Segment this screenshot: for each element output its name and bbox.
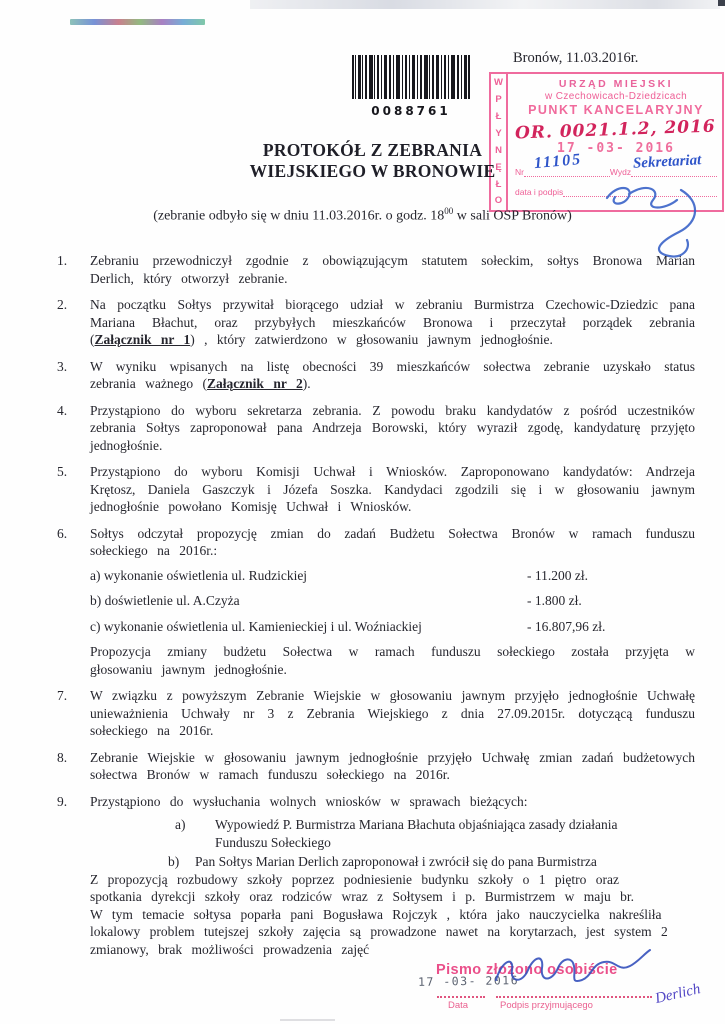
- item-number: 1.: [57, 252, 90, 287]
- budget-row-label: a) wykonanie oświetlenia ul. Rudzickiej: [90, 567, 527, 585]
- list-item-4: 4. Przystąpiono do wyboru sekretarza zeb…: [57, 402, 695, 455]
- item-text: W wyniku wpisanych na listę obecności 39…: [90, 358, 695, 393]
- budget-row-amount: - 16.807,96 zł.: [527, 618, 695, 636]
- item-text: Zebranie Wiejskie w głosowaniu jawnym je…: [90, 749, 695, 784]
- budget-row-a: a) wykonanie oświetlenia ul. Rudzickiej …: [90, 567, 695, 585]
- budget-row-c: c) wykonanie oświetlenia ul. Kamieniecki…: [90, 618, 695, 636]
- budget-rows: a) wykonanie oświetlenia ul. Rudzickiej …: [90, 567, 695, 636]
- item-text: Przystąpiono do wyboru sekretarza zebran…: [90, 402, 695, 455]
- list-item-9: 9. Przystąpiono do wysłuchania wolnych w…: [57, 793, 695, 811]
- item-number: 7.: [57, 687, 90, 740]
- item-text: Sołtys odczytał propozycję zmian do zada…: [90, 525, 695, 560]
- motion-b-paragraph-2: W tym temacie sołtysa poparła pani Bogus…: [90, 906, 675, 959]
- budget-row-b: b) doświetlenie ul. A.Czyża - 1.800 zł.: [90, 592, 695, 610]
- minutes-list: 1. Zebraniu przewodniczył zgodnie z obow…: [57, 252, 695, 958]
- budget-row-label: b) doświetlenie ul. A.Czyża: [90, 592, 527, 610]
- document-subtitle: (zebranie odbyło się w dniu 11.03.2016r.…: [0, 206, 725, 225]
- motion-a-marker: a): [175, 816, 215, 851]
- item-number: 5.: [57, 463, 90, 516]
- item-text: Przystąpiono do wysłuchania wolnych wnio…: [90, 793, 695, 811]
- motion-a-text: Wypowiedź P. Burmistrza Mariana Błachuta…: [215, 816, 665, 851]
- stamp-office-city: w Czechowicach-Dziedzicach: [515, 91, 717, 102]
- stamp-date-signature-row: data i podpis: [515, 186, 717, 197]
- barcode-number: 0088761: [352, 104, 470, 118]
- scan-color-strip-artifact: [70, 19, 205, 25]
- item-number: 3.: [57, 358, 90, 393]
- budget-note: Propozycja zmiany budżetu Sołectwa w ram…: [90, 643, 695, 678]
- budget-row-amount: - 1.800 zł.: [527, 592, 695, 610]
- handwritten-name: Derlich: [654, 981, 702, 1008]
- document-title: PROTOKÓŁ Z ZEBRANIA WIEJSKIEGO W BRONOWI…: [20, 140, 725, 182]
- motion-b-intro: b) Pan Sołtys Marian Derlich zaproponowa…: [168, 853, 695, 871]
- item-number: 4.: [57, 402, 90, 455]
- receipt-signature-label: Podpis przyjmującego: [500, 1000, 593, 1011]
- stamp-office-unit: PUNKT KANCELARYJNY: [515, 103, 717, 117]
- scan-corner-mark-artifact: [718, 0, 725, 6]
- item-text: Na początku Sołtys przywitał biorącego u…: [90, 296, 695, 349]
- motion-b-intro-text: Pan Sołtys Marian Derlich zaproponował i…: [195, 853, 597, 871]
- list-item-3: 3. W wyniku wpisanych na listę obecności…: [57, 358, 695, 393]
- receipt-signature-dotted-line: [496, 996, 652, 998]
- item-number: 9.: [57, 793, 90, 811]
- receipt-date-stamp: 17 -03- 2016: [418, 973, 519, 989]
- list-item-1: 1. Zebraniu przewodniczył zgodnie z obow…: [57, 252, 695, 287]
- receipt-stamp: Pismo złożono osobiście 17 -03- 2016 Dat…: [418, 958, 718, 1024]
- stamp-date-signature-label: data i podpis: [515, 187, 563, 197]
- budget-row-amount: - 11.200 zł.: [527, 567, 695, 585]
- item-number: 2.: [57, 296, 90, 349]
- document-title-line2: WIEJSKIEGO W BRONOWIE: [20, 161, 725, 182]
- scan-bottom-line-artifact: [280, 1019, 335, 1021]
- free-motions: a) Wypowiedź P. Burmistrza Mariana Błach…: [90, 816, 695, 958]
- document-title-line1: PROTOKÓŁ Z ZEBRANIA: [20, 140, 725, 161]
- budget-row-label: c) wykonanie oświetlenia ul. Kamieniecki…: [90, 618, 527, 636]
- motion-b-paragraph-1: Z propozycją rozbudowy szkoły poprzez po…: [90, 871, 675, 906]
- motion-b-marker: b): [168, 853, 195, 871]
- list-item-7: 7. W związku z powyższym Zebranie Wiejsk…: [57, 687, 695, 740]
- list-item-6: 6. Sołtys odczytał propozycję zmian do z…: [57, 525, 695, 560]
- stamp-date-signature-dotted-line: [563, 186, 717, 197]
- item-text: Przystąpiono do wyboru Komisji Uchwał i …: [90, 463, 695, 516]
- item-number: 6.: [57, 525, 90, 560]
- attachment-reference-2: Załącznik nr 2: [207, 376, 303, 391]
- list-item-2: 2. Na początku Sołtys przywitał biorąceg…: [57, 296, 695, 349]
- receipt-date-label: Data: [448, 1000, 468, 1011]
- attachment-reference-1: Załącznik nr 1: [95, 332, 191, 347]
- barcode-bars-image: [352, 55, 470, 99]
- scan-top-edge-artifact: [250, 0, 720, 9]
- barcode: 0088761: [352, 55, 470, 118]
- item-text: Zebraniu przewodniczył zgodnie z obowiąz…: [90, 252, 695, 287]
- stamp-office-name: URZĄD MIEJSKI: [515, 78, 717, 90]
- item-text: W związku z powyższym Zebranie Wiejskie …: [90, 687, 695, 740]
- motion-a: a) Wypowiedź P. Burmistrza Mariana Błach…: [175, 816, 695, 851]
- city-date-line: Bronów, 11.03.2016r.: [513, 50, 638, 67]
- receipt-date-dotted-line: [437, 996, 485, 998]
- subtitle-superscript: 00: [444, 206, 453, 216]
- list-item-5: 5. Przystąpiono do wyboru Komisji Uchwał…: [57, 463, 695, 516]
- list-item-8: 8. Zebranie Wiejskie w głosowaniu jawnym…: [57, 749, 695, 784]
- scanned-document-page: Bronów, 11.03.2016r.: [0, 0, 725, 1024]
- item-number: 8.: [57, 749, 90, 784]
